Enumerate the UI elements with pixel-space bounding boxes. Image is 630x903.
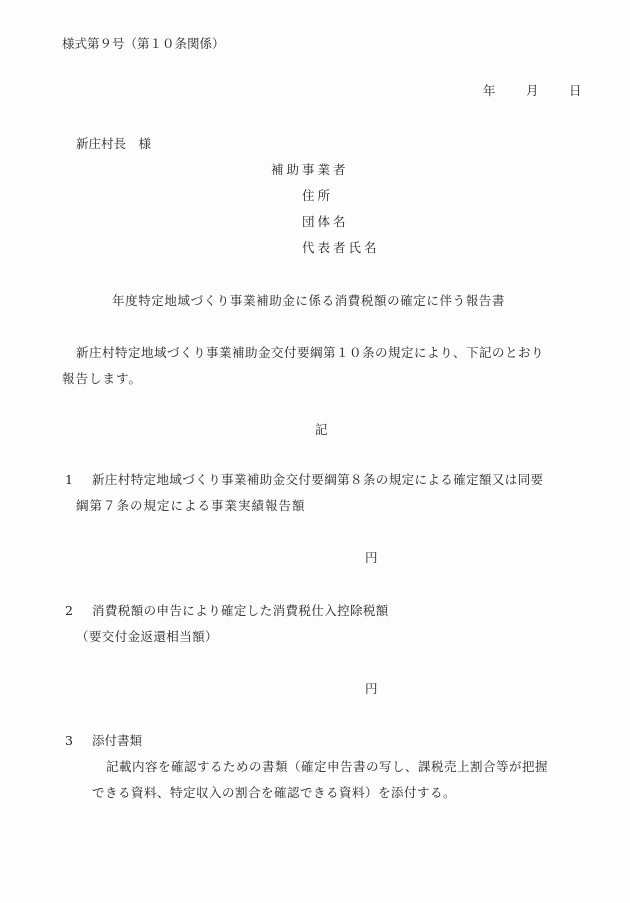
- item-1-unit: 円: [365, 550, 378, 566]
- applicant-representative-label: 代表者氏名: [302, 240, 380, 256]
- item-1-number: 1: [65, 472, 73, 488]
- item-2-line-2: （要交付金返還相当額）: [76, 629, 218, 645]
- item-2-line-1: 消費税額の申告により確定した消費税仕入控除税額: [92, 603, 389, 619]
- item-1-line-2: 綱第７条の規定による事業実績報告額: [76, 498, 306, 514]
- intro-line-2: 報告します。: [62, 371, 142, 387]
- item-2-number: 2: [65, 603, 73, 619]
- date-month-label: 月: [526, 83, 539, 99]
- applicant-title: 補助事業者: [271, 162, 349, 178]
- item-3-line-3: できる資料、特定収入の割合を確認できる資料）を添付する。: [92, 785, 456, 801]
- item-3-line-2: 記載内容を確認するための書類（確定申告書の写し、課税売上割合等が把握: [106, 759, 548, 775]
- date-day-label: 日: [569, 83, 582, 99]
- applicant-address-label: 住所: [302, 188, 333, 204]
- item-1-line-1: 新庄村特定地域づくり事業補助金交付要綱第８条の規定による確定額又は同要: [92, 472, 544, 488]
- intro-line-1: 新庄村特定地域づくり事業補助金交付要綱第１０条の規定により、下記のとおり: [76, 345, 544, 361]
- item-2-unit: 円: [365, 681, 378, 697]
- item-3-number: 3: [65, 733, 73, 749]
- date-year-label: 年: [483, 83, 496, 99]
- document-title: 年度特定地域づくり事業補助金に係る消費税額の確定に伴う報告書: [112, 293, 505, 309]
- addressee: 新庄村長 様: [76, 136, 151, 152]
- form-number: 様式第９号（第１０条関係）: [62, 36, 225, 52]
- ki-heading: 記: [315, 422, 328, 438]
- applicant-organization-label: 団体名: [302, 214, 349, 230]
- item-3-line-1: 添付書類: [92, 733, 142, 749]
